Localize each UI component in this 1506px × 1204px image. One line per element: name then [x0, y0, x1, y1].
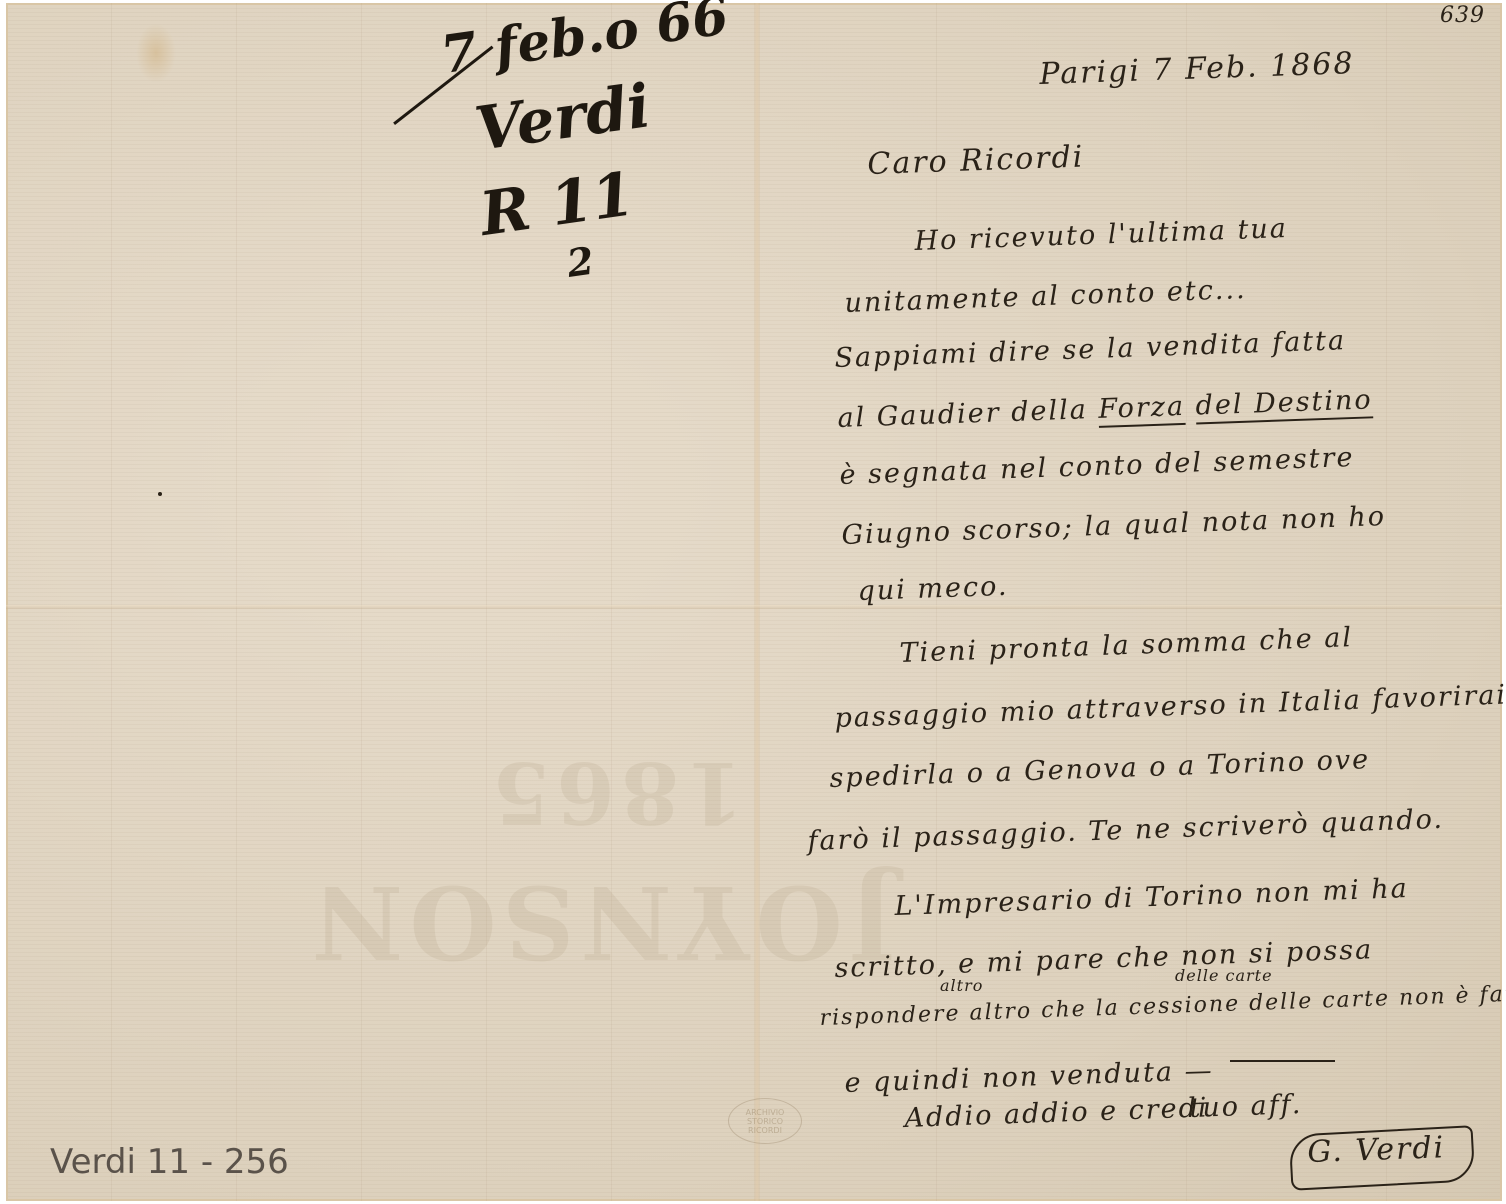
paper-chain-line: [361, 3, 362, 1201]
body-line: qui meco.: [857, 573, 1009, 605]
paper-stain: [136, 23, 176, 83]
signature: G. Verdi: [1307, 1133, 1446, 1168]
paper-chain-line: [1186, 3, 1187, 1201]
insertion-above-line: altro: [940, 978, 983, 994]
closing-dash: [1230, 1060, 1335, 1062]
horizontal-fold-line: [6, 605, 1502, 609]
paper-chain-line: [111, 3, 112, 1201]
folio-number: 639: [1440, 5, 1485, 27]
archive-blind-stamp: ARCHIVIO STORICO RICORDI: [728, 1098, 802, 1144]
paper-chain-line: [1386, 3, 1387, 1201]
ink-dot: [158, 492, 162, 496]
underlined-title-word: del Destino: [1195, 384, 1373, 421]
watermark-maker: JOYNSON: [306, 863, 896, 981]
paper-chain-line: [236, 3, 237, 1201]
letter-sheet: 1865 JOYNSON: [6, 3, 1502, 1201]
docket-sub: 2: [565, 242, 596, 283]
closing-tuo-aff: tuo aff.: [1189, 1091, 1303, 1122]
vertical-fold-line: [754, 3, 760, 1201]
salutation: Caro Ricordi: [867, 142, 1085, 180]
underlined-title-word: Forza: [1098, 391, 1186, 425]
archive-pencil-note: Verdi 11 - 256: [50, 1145, 289, 1179]
insertion-above-line: delle carte: [1175, 968, 1273, 984]
watermark-year: 1865: [486, 743, 744, 842]
